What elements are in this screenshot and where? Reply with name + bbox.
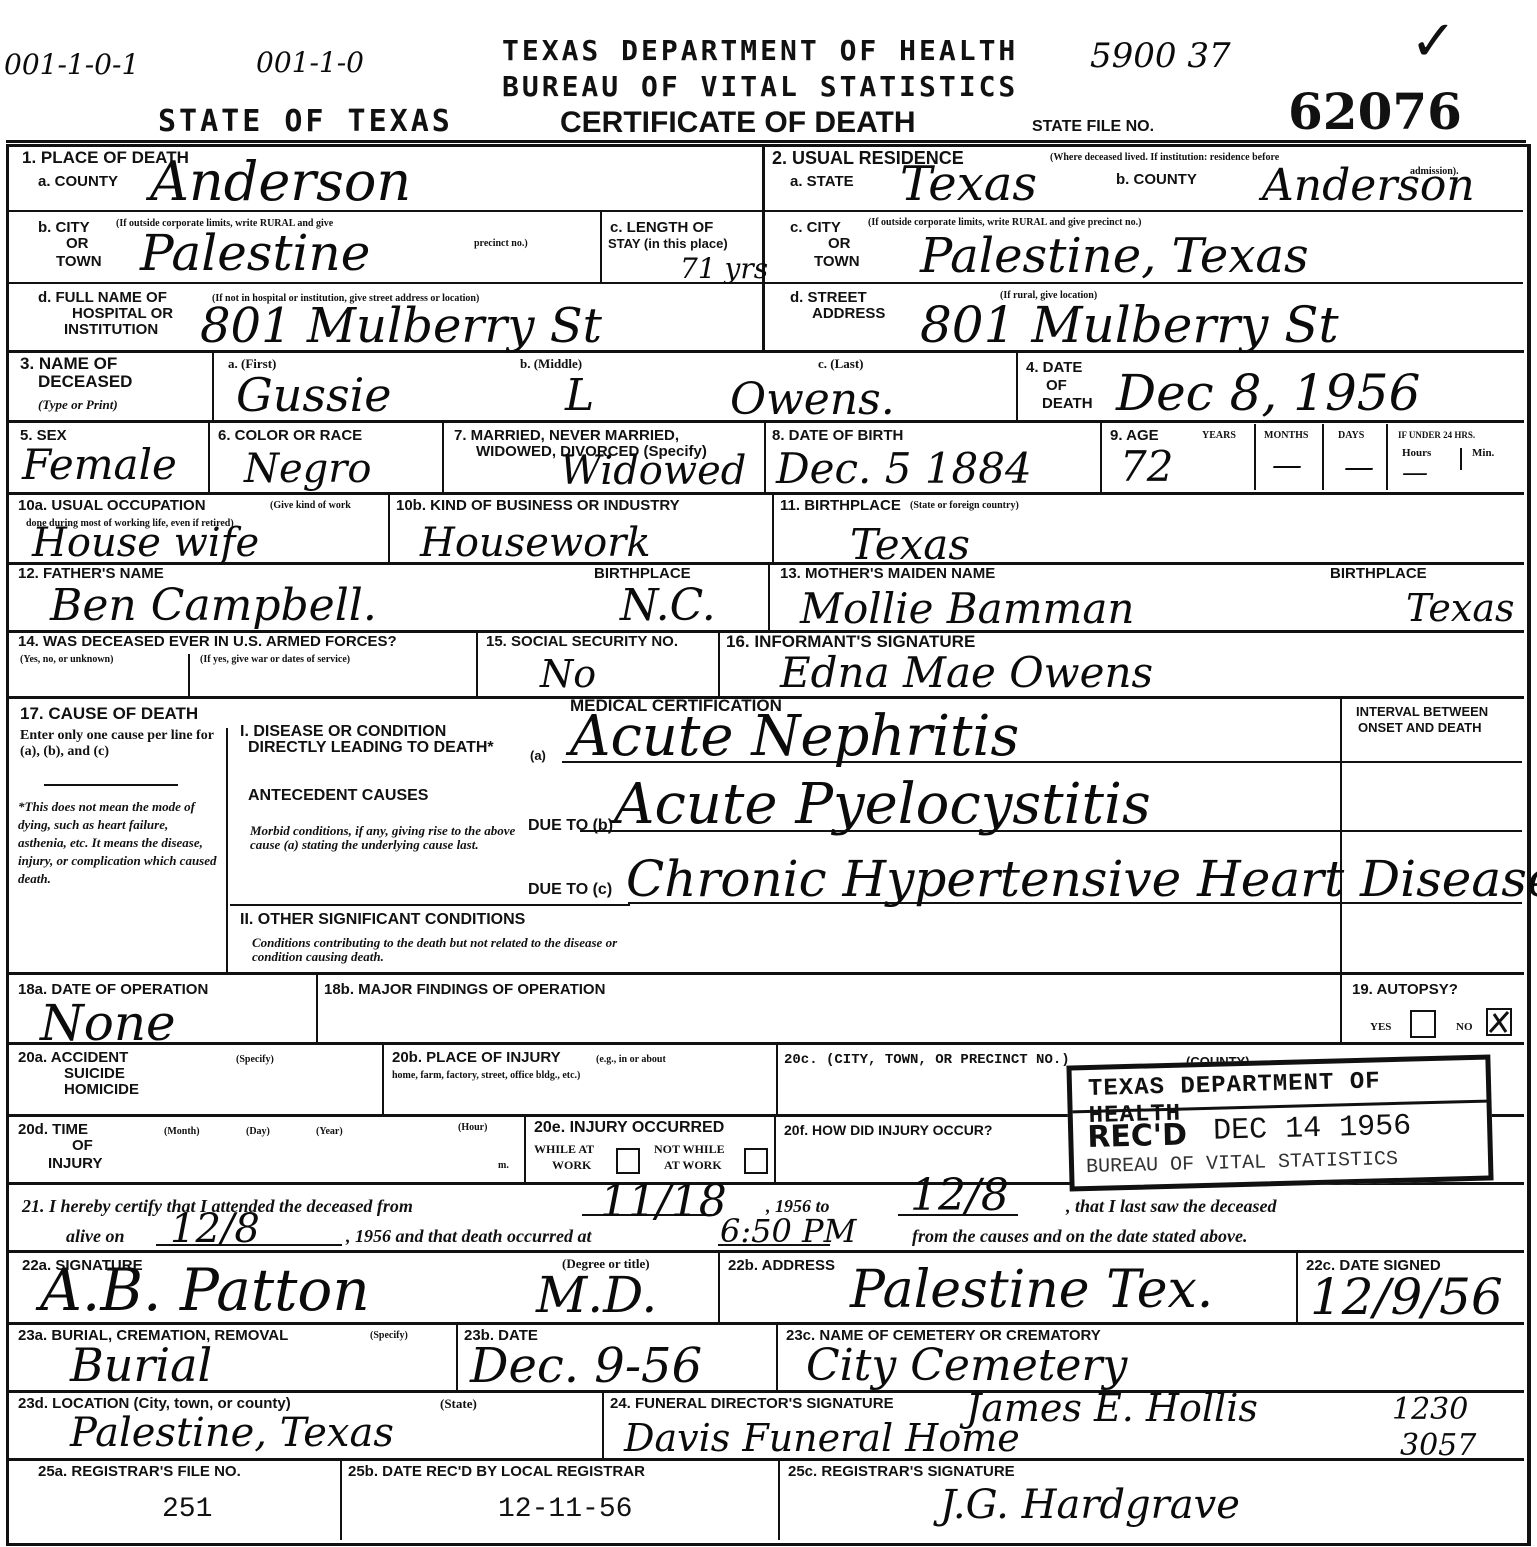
death-city-label: b. CITY — [38, 220, 90, 236]
business-value[interactable]: Housework — [420, 520, 651, 566]
state-file-label: STATE FILE NO. — [1032, 118, 1154, 136]
margin-code-1: 001-1-0-1 — [4, 48, 139, 81]
injury-time-label2: OF — [72, 1138, 93, 1154]
disposition-method-note: (Specify) — [370, 1330, 408, 1341]
not-while-at-work-label2: AT WORK — [664, 1160, 722, 1171]
injury-place-label: 20b. PLACE OF INJURY — [392, 1050, 561, 1066]
res-city-note: (If outside corporate limits, write RURA… — [868, 217, 1141, 228]
date-of-death-label3: DEATH — [1042, 396, 1093, 412]
mother-name-value[interactable]: Mollie Bamman — [800, 584, 1134, 633]
res-city-label-town: TOWN — [814, 254, 860, 270]
mother-birthplace-value[interactable]: Texas — [1406, 586, 1514, 630]
last-name-value[interactable]: Owens. — [730, 374, 895, 425]
interval-label2: ONSET AND DEATH — [1358, 720, 1482, 736]
funeral-home-value[interactable]: Davis Funeral Home — [624, 1416, 1020, 1460]
hospital-value[interactable]: 801 Mulberry St — [200, 298, 602, 354]
autopsy-no-label: NO — [1456, 1022, 1473, 1033]
autopsy-label: 19. AUTOPSY? — [1352, 982, 1458, 998]
while-at-work-label: WHILE AT — [534, 1144, 594, 1155]
funeral-director-number: 1230 — [1392, 1392, 1468, 1427]
registrar-file-label: 25a. REGISTRAR'S FILE NO. — [38, 1464, 241, 1480]
hospital-label: d. FULL NAME OF — [38, 290, 167, 306]
hospital-label3: INSTITUTION — [64, 322, 158, 338]
birthplace-note: (State or foreign country) — [910, 500, 1019, 511]
death-city-value[interactable]: Palestine — [140, 224, 370, 282]
margin-code-2: 001-1-0 — [256, 46, 364, 79]
occupation-note: (Give kind of work — [270, 500, 351, 511]
injury-type-label: 20a. ACCIDENT — [18, 1050, 128, 1066]
date-signed-value[interactable]: 12/9/56 — [1310, 1268, 1503, 1326]
date-of-death-value[interactable]: Dec 8, 1956 — [1116, 364, 1420, 422]
cause-line-b-value[interactable]: Acute Pyelocystitis — [614, 772, 1151, 837]
injury-how-label: 20f. HOW DID INJURY OCCUR? — [784, 1122, 992, 1138]
date-of-death-label2: OF — [1046, 378, 1067, 394]
injury-occurred-label: 20e. INJURY OCCURRED — [534, 1120, 724, 1136]
death-county-value[interactable]: Anderson — [150, 150, 411, 213]
disposition-method-value[interactable]: Burial — [70, 1338, 212, 1392]
autopsy-yes-checkbox[interactable] — [1410, 1010, 1436, 1038]
state-file-number: 62076 — [1288, 82, 1462, 141]
business-label: 10b. KIND OF BUSINESS OR INDUSTRY — [396, 498, 680, 514]
registrar-signature-value[interactable]: J.G. Hardgrave — [940, 1482, 1240, 1528]
operation-date-value[interactable]: None — [40, 994, 176, 1052]
cause-footnote: *This does not mean the mode of dying, s… — [18, 798, 218, 888]
injury-time-label: 20d. TIME — [18, 1122, 88, 1138]
not-while-at-work-label: NOT WHILE — [654, 1144, 725, 1155]
father-name-value[interactable]: Ben Campbell. — [50, 580, 377, 631]
attended-from-value[interactable]: 11/18 — [600, 1176, 727, 1227]
cause-instructions: Enter only one cause per line for (a), (… — [20, 728, 220, 760]
injury-type-label3: HOMICIDE — [64, 1082, 139, 1098]
address-label: 22b. ADDRESS — [728, 1258, 835, 1274]
sex-value[interactable]: Female — [22, 440, 177, 489]
registrar-signature-label: 25c. REGISTRAR'S SIGNATURE — [788, 1464, 1015, 1480]
while-at-work-checkbox[interactable] — [616, 1148, 640, 1174]
age-months-label: MONTHS — [1264, 430, 1308, 441]
line-a-tag: (a) — [530, 748, 546, 764]
res-state-label: a. STATE — [790, 174, 854, 190]
marital-status-label: 7. MARRIED, NEVER MARRIED, — [454, 428, 679, 444]
armed-forces-label: 14. WAS DECEASED EVER IN U.S. ARMED FORC… — [18, 634, 397, 650]
last-name-label: c. (Last) — [818, 358, 864, 369]
autopsy-yes-label: YES — [1370, 1022, 1391, 1033]
handwritten-code: 5900 37 — [1090, 36, 1231, 76]
certificate-title: CERTIFICATE OF DEATH — [560, 106, 916, 140]
res-street-value[interactable]: 801 Mulberry St — [920, 296, 1339, 354]
deceased-name-label3: (Type or Print) — [38, 398, 118, 412]
injury-type-label2: SUICIDE — [64, 1066, 125, 1082]
first-name-value[interactable]: Gussie — [236, 368, 392, 422]
injury-city-label: 20c. (CITY, TOWN, OR PRECINCT NO.) — [784, 1052, 1070, 1068]
burial-state-label: (State) — [440, 1398, 477, 1409]
bureau-heading: BUREAU OF VITAL STATISTICS — [502, 70, 1018, 103]
length-of-stay-label2: STAY (in this place) — [608, 236, 728, 252]
marital-status-value[interactable]: Widowed — [560, 448, 746, 494]
res-county-value[interactable]: Anderson — [1262, 160, 1475, 211]
res-city-value[interactable]: Palestine, Texas — [920, 228, 1309, 284]
usual-residence-note: (Where deceased lived. If institution: r… — [1050, 152, 1279, 163]
age-hours-value[interactable]: — — [1402, 458, 1428, 488]
date-of-birth-value[interactable]: Dec. 5 1884 — [776, 444, 1032, 493]
res-state-value[interactable]: Texas — [900, 156, 1037, 212]
check-mark-icon: ✓ — [1410, 8, 1457, 74]
informant-signature-value[interactable]: Edna Mae Owens — [780, 648, 1153, 697]
age-min-label: Min. — [1472, 448, 1494, 459]
injury-m-label: m. — [498, 1160, 509, 1171]
part2-note: Conditions contributing to the death but… — [252, 936, 652, 964]
state-heading: STATE OF TEXAS — [158, 104, 453, 139]
antecedent-causes-label: ANTECEDENT CAUSES — [248, 788, 428, 804]
registrar-file-value[interactable]: 251 — [162, 1494, 212, 1525]
check-x-icon — [1488, 1010, 1510, 1034]
physician-signature-value[interactable]: A.B. Patton — [40, 1256, 370, 1324]
physician-address-value[interactable]: Palestine Tex. — [850, 1260, 1213, 1320]
attended-to-value[interactable]: 12/8 — [910, 1170, 1009, 1221]
part1-label2: DIRECTLY LEADING TO DEATH* — [248, 740, 494, 756]
cause-line-a-value[interactable]: Acute Nephritis — [570, 704, 1019, 769]
due-to-c-label: DUE TO (c) — [528, 882, 612, 898]
res-county-label: b. COUNTY — [1116, 172, 1197, 188]
mother-name-label: 13. MOTHER'S MAIDEN NAME — [780, 566, 995, 582]
length-of-stay-label: c. LENGTH OF — [610, 220, 713, 236]
local-registrar-date-value[interactable]: 12-11-56 — [498, 1494, 632, 1525]
father-birthplace-value[interactable]: N.C. — [620, 580, 716, 631]
received-stamp: TEXAS DEPARTMENT OF HEALTH REC'D DEC 14 … — [1066, 1054, 1493, 1191]
armed-forces-note2: (If yes, give war or dates of service) — [200, 654, 350, 665]
ssn-value[interactable] — [486, 660, 706, 690]
stamp-received-date: DEC 14 1956 — [1213, 1110, 1412, 1149]
race-label: 6. COLOR OR RACE — [218, 428, 362, 444]
birthplace-label: 11. BIRTHPLACE — [780, 498, 901, 514]
part1-label: I. DISEASE OR CONDITION — [240, 724, 446, 740]
armed-forces-note: (Yes, no, or unknown) — [20, 654, 113, 665]
cause-of-death-label: 17. CAUSE OF DEATH — [20, 706, 198, 722]
death-city-label-or: OR — [66, 236, 89, 252]
cause-line-c-value[interactable]: Chronic Hypertensive Heart Disease — [626, 850, 1537, 908]
date-of-birth-label: 8. DATE OF BIRTH — [772, 428, 903, 444]
middle-name-value[interactable]: L — [565, 370, 594, 421]
length-of-stay-value[interactable]: 71 yrs — [680, 252, 768, 285]
mother-birthplace-label: BIRTHPLACE — [1330, 566, 1427, 582]
res-street-label: d. STREET — [790, 290, 867, 306]
death-time-value[interactable]: 6:50 PM — [720, 1212, 856, 1250]
operation-findings-label: 18b. MAJOR FINDINGS OF OPERATION — [324, 982, 605, 998]
occupation-label: 10a. USUAL OCCUPATION — [18, 498, 206, 514]
middle-name-label: b. (Middle) — [520, 358, 582, 369]
antecedent-causes-note: Morbid conditions, if any, giving rise t… — [250, 824, 522, 852]
stamp-received-label: REC'D — [1087, 1117, 1188, 1155]
disposition-date-value[interactable]: Dec. 9-56 — [470, 1338, 702, 1394]
death-city-note2: precinct no.) — [474, 238, 528, 249]
autopsy-no-checkbox[interactable] — [1486, 1008, 1512, 1036]
injury-place-note2: home, farm, factory, street, office bldg… — [392, 1070, 580, 1081]
deceased-name-label2: DECEASED — [38, 374, 132, 390]
department-heading: TEXAS DEPARTMENT OF HEALTH — [502, 34, 1018, 67]
certification-text4: from the causes and on the date stated a… — [912, 1226, 1248, 1246]
hospital-label2: HOSPITAL OR — [72, 306, 173, 322]
interval-label: INTERVAL BETWEEN — [1356, 704, 1488, 720]
res-city-label-or: OR — [828, 236, 851, 252]
age-months-value[interactable]: — — [1272, 448, 1302, 483]
death-city-label-town: TOWN — [56, 254, 102, 270]
injury-time-label3: INJURY — [48, 1156, 102, 1172]
certification-year2: , 1956 and that death occurred at — [346, 1226, 592, 1246]
injury-day-label: (Day) — [246, 1126, 270, 1137]
ssn-label: 15. SOCIAL SECURITY NO. — [486, 634, 678, 650]
res-city-label: c. CITY — [790, 220, 841, 236]
date-of-death-label: 4. DATE — [1026, 360, 1082, 376]
due-to-b-label: DUE TO (b) — [528, 818, 613, 834]
birthplace-value[interactable]: Texas — [850, 520, 970, 569]
age-days-value[interactable]: — — [1344, 450, 1374, 485]
age-years-label: YEARS — [1202, 430, 1236, 441]
age-years-value[interactable]: 72 — [1120, 442, 1173, 491]
burial-location-value[interactable]: Palestine, Texas — [70, 1410, 394, 1456]
injury-month-label: (Month) — [164, 1126, 200, 1137]
funeral-director-number2: 3057 — [1400, 1428, 1476, 1463]
degree-value[interactable]: M.D. — [536, 1266, 657, 1324]
occupation-value[interactable]: House wife — [32, 520, 259, 566]
certification-text2: , that I last saw the deceased — [1066, 1196, 1277, 1216]
not-while-at-work-checkbox[interactable] — [744, 1148, 768, 1174]
local-registrar-date-label: 25b. DATE REC'D BY LOCAL REGISTRAR — [348, 1464, 645, 1480]
part2-label: II. OTHER SIGNIFICANT CONDITIONS — [240, 912, 525, 928]
deceased-name-label: 3. NAME OF — [20, 356, 117, 372]
death-county-label: a. COUNTY — [38, 174, 118, 190]
cemetery-value[interactable]: City Cemetery — [806, 1340, 1127, 1391]
certification-text3: alive on — [66, 1226, 125, 1246]
res-street-label2: ADDRESS — [812, 306, 885, 322]
while-at-work-label2: WORK — [552, 1160, 591, 1171]
injury-hour-label: (Hour) — [458, 1122, 487, 1133]
race-value[interactable]: Negro — [244, 446, 371, 492]
last-seen-alive-value[interactable]: 12/8 — [170, 1206, 260, 1252]
age-under-label: IF UNDER 24 HRS. — [1398, 430, 1475, 441]
age-days-label: DAYS — [1338, 430, 1364, 441]
funeral-director-label: 24. FUNERAL DIRECTOR'S SIGNATURE — [610, 1396, 894, 1412]
injury-place-note: (e.g., in or about — [596, 1054, 666, 1065]
injury-type-note: (Specify) — [236, 1054, 274, 1065]
injury-year-label: (Year) — [316, 1126, 343, 1137]
